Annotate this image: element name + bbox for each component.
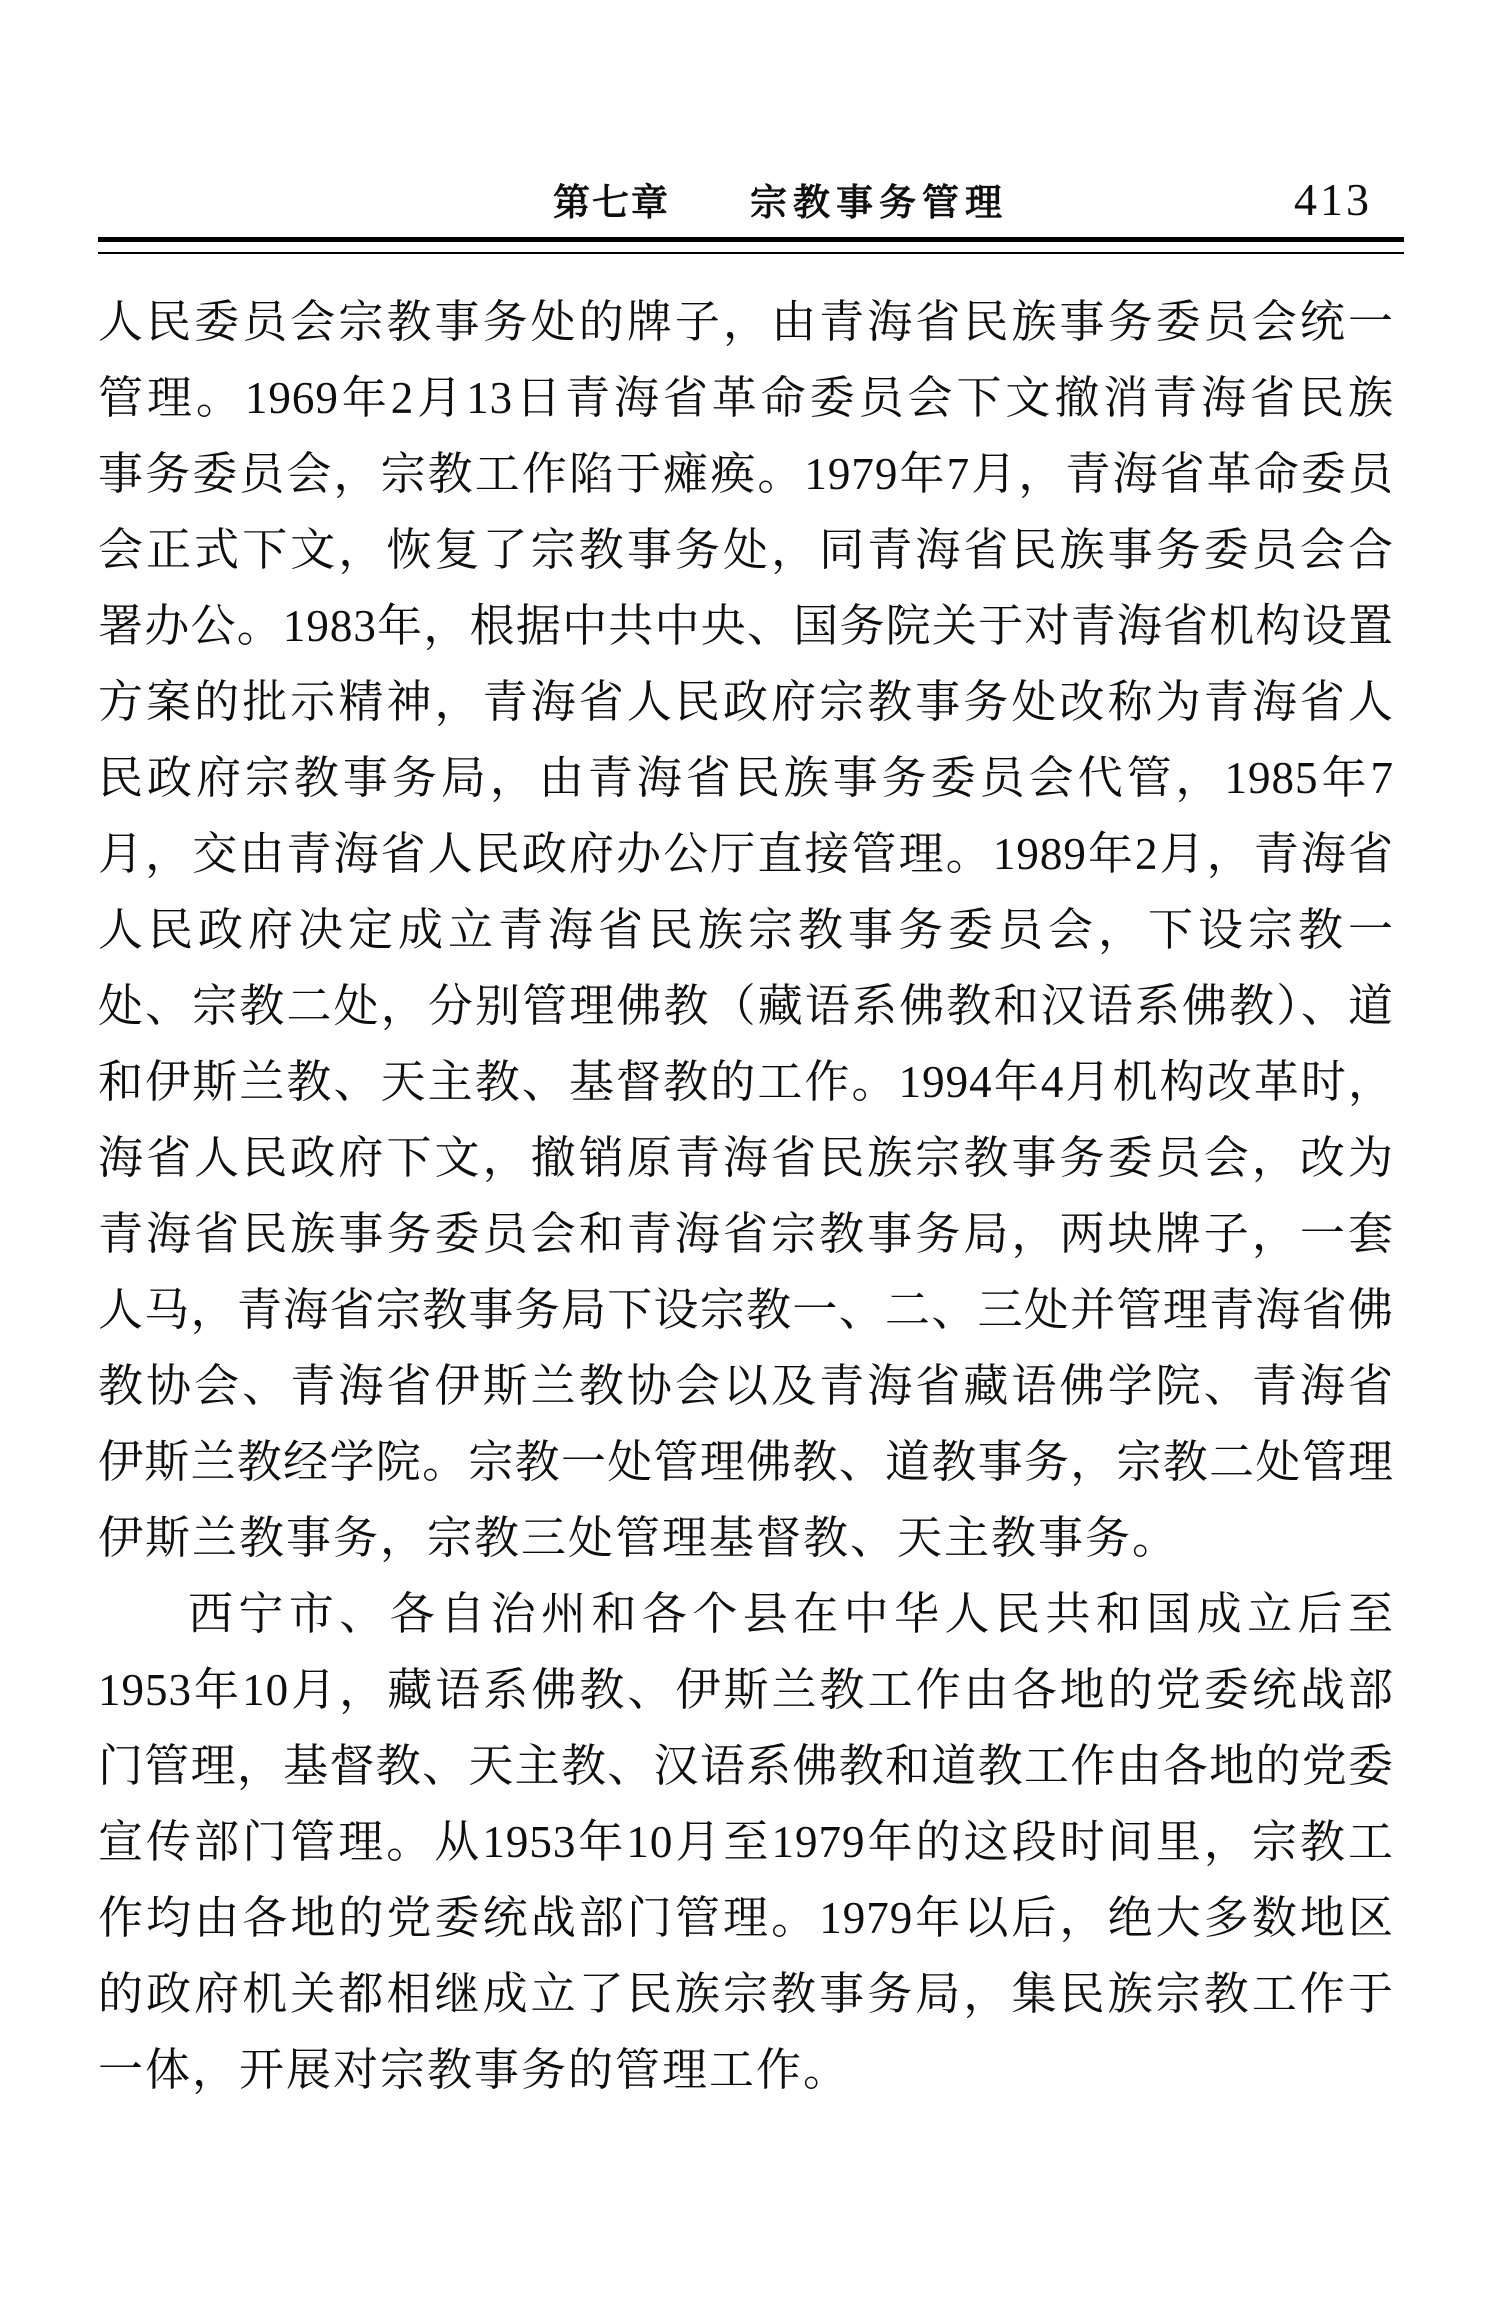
text-line-1: 人民委员会宗教事务处的牌子，由青海省民族事务委员会统一 [98, 284, 1394, 360]
text-line-18: 西宁市、各自治州和各个县在中华人民共和国成立后至 [98, 1576, 1394, 1652]
text-line-17: 伊斯兰教事务，宗教三处管理基督教、天主教事务。 [98, 1500, 1394, 1576]
text-line-15: 教协会、青海省伊斯兰教协会以及青海省藏语佛学院、青海省 [98, 1348, 1394, 1424]
body-text: 人民委员会宗教事务处的牌子，由青海省民族事务委员会统一管理。1969年2月13日… [98, 284, 1394, 2108]
text-line-7: 民政府宗教事务局，由青海省民族事务委员会代管，1985年7 [98, 740, 1394, 816]
text-line-5: 署办公。1983年，根据中共中央、国务院关于对青海省机构设置 [98, 588, 1394, 664]
text-line-14: 人马，青海省宗教事务局下设宗教一、二、三处并管理青海省佛 [98, 1272, 1394, 1348]
text-line-13: 青海省民族事务委员会和青海省宗教事务局，两块牌子，一套 [98, 1196, 1394, 1272]
text-line-2: 管理。1969年2月13日青海省革命委员会下文撤消青海省民族 [98, 360, 1394, 436]
text-line-21: 宣传部门管理。从1953年10月至1979年的这段时间里，宗教工 [98, 1804, 1394, 1880]
text-line-24: 一体，开展对宗教事务的管理工作。 [98, 2032, 1394, 2108]
running-head: 第七章宗教事务管理 413 [98, 182, 1404, 228]
text-line-19: 1953年10月，藏语系佛教、伊斯兰教工作由各地的党委统战部 [98, 1652, 1394, 1728]
chapter-label: 第七章 [553, 183, 670, 224]
running-head-title: 第七章宗教事务管理 [553, 182, 1008, 226]
text-line-23: 的政府机关都相继成立了民族宗教事务局，集民族宗教工作于 [98, 1956, 1394, 2032]
text-line-9: 人民政府决定成立青海省民族宗教事务委员会，下设宗教一 [98, 892, 1394, 968]
chapter-title: 宗教事务管理 [750, 183, 1008, 224]
text-line-6: 方案的批示精神，青海省人民政府宗教事务处改称为青海省人 [98, 664, 1394, 740]
header-rule [98, 237, 1404, 254]
text-line-16: 伊斯兰教经学院。宗教一处管理佛教、道教事务，宗教二处管理 [98, 1424, 1394, 1500]
page-number: 413 [1294, 176, 1372, 224]
text-line-20: 门管理，基督教、天主教、汉语系佛教和道教工作由各地的党委 [98, 1728, 1394, 1804]
text-line-11: 和伊斯兰教、天主教、基督教的工作。1994年4月机构改革时，青 [98, 1044, 1394, 1120]
text-line-3: 事务委员会，宗教工作陷于瘫痪。1979年7月，青海省革命委员 [98, 436, 1394, 512]
text-line-8: 月，交由青海省人民政府办公厅直接管理。1989年2月，青海省 [98, 816, 1394, 892]
text-line-22: 作均由各地的党委统战部门管理。1979年以后，绝大多数地区 [98, 1880, 1394, 1956]
text-line-4: 会正式下文，恢复了宗教事务处，同青海省民族事务委员会合 [98, 512, 1394, 588]
text-line-10: 处、宗教二处，分别管理佛教（藏语系佛教和汉语系佛教）、道教 [98, 968, 1394, 1044]
document-page: 第七章宗教事务管理 413 人民委员会宗教事务处的牌子，由青海省民族事务委员会统… [0, 0, 1500, 2307]
text-line-12: 海省人民政府下文，撤销原青海省民族宗教事务委员会，改为 [98, 1120, 1394, 1196]
